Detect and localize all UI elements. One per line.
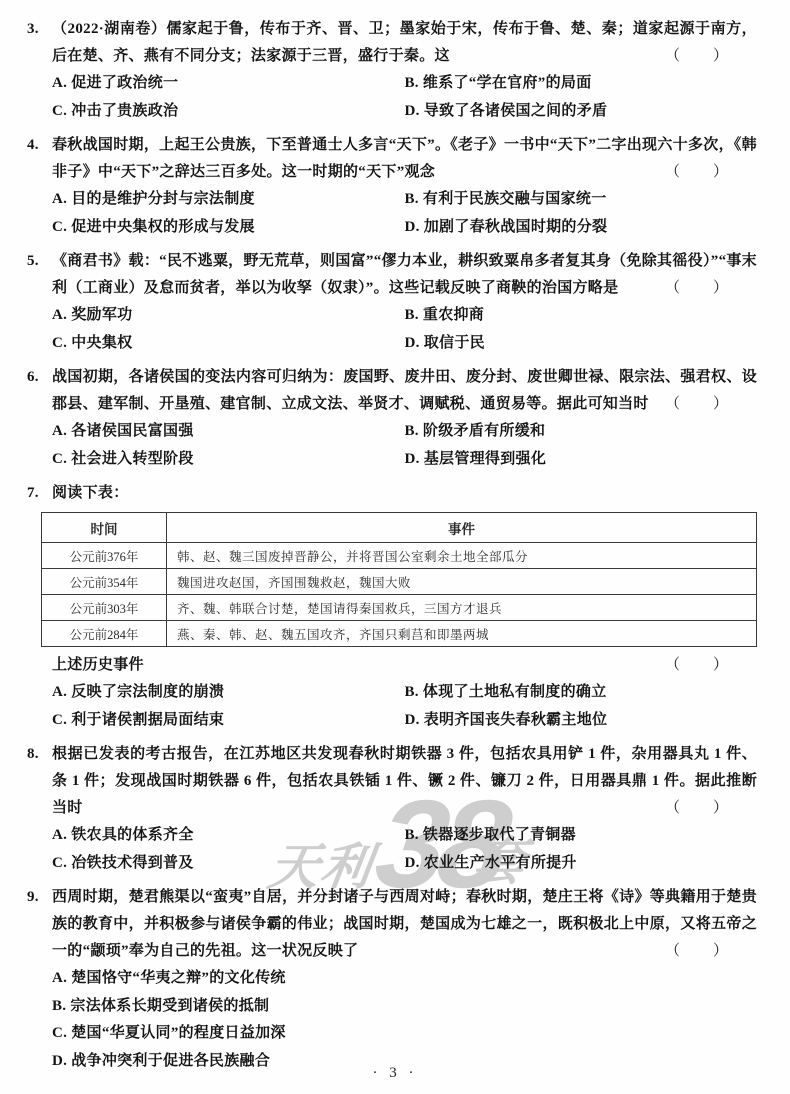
options: A. 各诸侯国民富国强 B. 阶级矛盾有所缓和 C. 社会进入转型阶段 D. 基… — [27, 418, 757, 473]
page-content: 3. （2022·湖南卷）儒家起于鲁，传布于齐、晋、卫；墨家始于宋，传布于鲁、楚… — [0, 0, 790, 1094]
option-c: C. 冶铁技术得到普及 — [52, 850, 405, 878]
option-d: D. 导致了各诸侯国之间的矛盾 — [405, 98, 758, 126]
option-a: A. 奖励军功 — [52, 302, 405, 330]
table-row: 公元前376年 韩、赵、魏三国废掉晋静公，并将晋国公室剩余土地全部瓜分 — [42, 543, 757, 569]
question-stem-text: 春秋战国时期，上起王公贵族，下至普通士人多言“天下”。《老子》一书中“天下”二字… — [52, 137, 757, 180]
table-row: 公元前303年 齐、魏、韩联合讨楚，楚国请得秦国救兵，三国方才退兵 — [42, 595, 757, 621]
question-number: 8. — [27, 741, 39, 768]
question-stem-text: 西周时期，楚君熊渠以“蛮夷”自居，并分封诸子与西周对峙；春秋时期，楚庄王将《诗》… — [52, 889, 757, 959]
option-c: C. 利于诸侯割据局面结束 — [52, 707, 405, 735]
question-number: 5. — [27, 248, 39, 275]
question-intro-text: 阅读下表： — [52, 485, 129, 501]
question-stem-text: 《商君书》载：“民不逃粟，野无荒草，则国富”“僇力本业，耕织致粟帛多者复其身（免… — [52, 253, 757, 296]
event-cell: 齐、魏、韩联合讨楚，楚国请得秦国救兵，三国方才退兵 — [167, 595, 757, 621]
question-8: 8. 根据已发表的考古报告，在江苏地区共发现春秋时期铁器 3 件，包括农具用铲 … — [27, 741, 757, 877]
event-cell: 魏国进攻赵国，齐国围魏救赵，魏国大败 — [167, 569, 757, 595]
option-d: D. 取信于民 — [405, 330, 758, 358]
question-number: 3. — [27, 16, 39, 43]
question-stem-text: 根据已发表的考古报告，在江苏地区共发现春秋时期铁器 3 件，包括农具用铲 1 件… — [52, 746, 757, 816]
question-stem: 4. 春秋战国时期，上起王公贵族，下至普通士人多言“天下”。《老子》一书中“天下… — [27, 132, 757, 186]
time-cell: 公元前376年 — [42, 543, 167, 569]
option-d: D. 基层管理得到强化 — [405, 446, 758, 474]
time-cell: 公元前284年 — [42, 621, 167, 647]
question-followup: 上述历史事件 （ ） — [27, 652, 757, 679]
question-stem: 6. 战国初期，各诸侯国的变法内容可归纳为：废国野、废井田、废分封、废世卿世禄、… — [27, 364, 757, 418]
options: A. 目的是维护分封与宗法制度 B. 有利于民族交融与国家统一 C. 促进中央集… — [27, 186, 757, 241]
answer-blank: （ ） — [665, 652, 729, 679]
option-c: C. 社会进入转型阶段 — [52, 446, 405, 474]
options: A. 促进了政治统一 B. 维系了“学在官府”的局面 C. 冲击了贵族政治 D.… — [27, 70, 757, 125]
option-b: B. 铁器逐步取代了青铜器 — [405, 822, 758, 850]
table-header-row: 时间 事件 — [42, 513, 757, 543]
question-number: 7. — [27, 480, 39, 507]
question-number: 4. — [27, 132, 39, 159]
option-d: D. 农业生产水平有所提升 — [405, 850, 758, 878]
question-followup-text: 上述历史事件 — [52, 657, 144, 673]
option-d: D. 表明齐国丧失春秋霸主地位 — [405, 707, 758, 735]
table-header-time: 时间 — [42, 513, 167, 543]
question-stem: 5. 《商君书》载：“民不逃粟，野无荒草，则国富”“僇力本业，耕织致粟帛多者复其… — [27, 248, 757, 302]
option-d: D. 加剧了春秋战国时期的分裂 — [405, 214, 758, 242]
option-b: B. 阶级矛盾有所缓和 — [405, 418, 758, 446]
table-header-event: 事件 — [167, 513, 757, 543]
option-b: B. 维系了“学在官府”的局面 — [405, 70, 758, 98]
time-cell: 公元前354年 — [42, 569, 167, 595]
option-b: B. 宗法体系长期受到诸侯的抵制 — [52, 993, 757, 1021]
exam-paper-page: 天利 38 套 3. （2022·湖南卷）儒家起于鲁，传布于齐、晋、卫；墨家始于… — [0, 0, 790, 1094]
option-a: A. 反映了宗法制度的崩溃 — [52, 679, 405, 707]
option-c: C. 促进中央集权的形成与发展 — [52, 214, 405, 242]
table-row: 公元前284年 燕、秦、韩、赵、魏五国攻齐，齐国只剩莒和即墨两城 — [42, 621, 757, 647]
question-9: 9. 西周时期，楚君熊渠以“蛮夷”自居，并分封诸子与西周对峙；春秋时期，楚庄王将… — [27, 884, 757, 1075]
option-a: A. 楚国恪守“华夷之辩”的文化传统 — [52, 965, 757, 993]
question-stem: 8. 根据已发表的考古报告，在江苏地区共发现春秋时期铁器 3 件，包括农具用铲 … — [27, 741, 757, 822]
question-7: 7. 阅读下表： 时间 事件 公元前376年 韩、赵、魏三国废掉晋静公，并将晋国… — [27, 480, 757, 734]
question-number: 9. — [27, 884, 39, 911]
answer-blank: （ ） — [665, 159, 729, 186]
question-intro: 7. 阅读下表： — [27, 480, 757, 507]
option-b: B. 重农抑商 — [405, 302, 758, 330]
answer-blank: （ ） — [665, 795, 729, 822]
option-b: B. 体现了土地私有制度的确立 — [405, 679, 758, 707]
question-5: 5. 《商君书》载：“民不逃粟，野无荒草，则国富”“僇力本业，耕织致粟帛多者复其… — [27, 248, 757, 357]
answer-blank: （ ） — [665, 275, 729, 302]
option-c: C. 冲击了贵族政治 — [52, 98, 405, 126]
option-a: A. 目的是维护分封与宗法制度 — [52, 186, 405, 214]
question-stem-text: （2022·湖南卷）儒家起于鲁，传布于齐、晋、卫；墨家始于宋，传布于鲁、楚、秦；… — [52, 21, 757, 64]
question-3: 3. （2022·湖南卷）儒家起于鲁，传布于齐、晋、卫；墨家始于宋，传布于鲁、楚… — [27, 16, 757, 125]
question-stem: 3. （2022·湖南卷）儒家起于鲁，传布于齐、晋、卫；墨家始于宋，传布于鲁、楚… — [27, 16, 757, 70]
question-4: 4. 春秋战国时期，上起王公贵族，下至普通士人多言“天下”。《老子》一书中“天下… — [27, 132, 757, 241]
event-cell: 韩、赵、魏三国废掉晋静公，并将晋国公室剩余土地全部瓜分 — [167, 543, 757, 569]
question-number: 6. — [27, 364, 39, 391]
option-b: B. 有利于民族交融与国家统一 — [405, 186, 758, 214]
option-a: A. 铁农具的体系齐全 — [52, 822, 405, 850]
question-6: 6. 战国初期，各诸侯国的变法内容可归纳为：废国野、废井田、废分封、废世卿世禄、… — [27, 364, 757, 473]
options: A. 奖励军功 B. 重农抑商 C. 中央集权 D. 取信于民 — [27, 302, 757, 357]
time-cell: 公元前303年 — [42, 595, 167, 621]
option-c: C. 楚国“华夏认同”的程度日益加深 — [52, 1020, 757, 1048]
option-a: A. 促进了政治统一 — [52, 70, 405, 98]
options: A. 铁农具的体系齐全 B. 铁器逐步取代了青铜器 C. 冶铁技术得到普及 D.… — [27, 822, 757, 877]
answer-blank: （ ） — [665, 938, 729, 965]
option-c: C. 中央集权 — [52, 330, 405, 358]
page-number: · 3 · — [0, 1065, 790, 1082]
answer-blank: （ ） — [665, 391, 729, 418]
events-table: 时间 事件 公元前376年 韩、赵、魏三国废掉晋静公，并将晋国公室剩余土地全部瓜… — [41, 512, 757, 647]
question-stem: 9. 西周时期，楚君熊渠以“蛮夷”自居，并分封诸子与西周对峙；春秋时期，楚庄王将… — [27, 884, 757, 965]
option-a: A. 各诸侯国民富国强 — [52, 418, 405, 446]
event-cell: 燕、秦、韩、赵、魏五国攻齐，齐国只剩莒和即墨两城 — [167, 621, 757, 647]
question-stem-text: 战国初期，各诸侯国的变法内容可归纳为：废国野、废井田、废分封、废世卿世禄、限宗法… — [52, 369, 757, 412]
options: A. 反映了宗法制度的崩溃 B. 体现了土地私有制度的确立 C. 利于诸侯割据局… — [27, 679, 757, 734]
table-row: 公元前354年 魏国进攻赵国，齐国围魏救赵，魏国大败 — [42, 569, 757, 595]
answer-blank: （ ） — [665, 43, 729, 70]
options: A. 楚国恪守“华夷之辩”的文化传统 B. 宗法体系长期受到诸侯的抵制 C. 楚… — [27, 965, 757, 1075]
